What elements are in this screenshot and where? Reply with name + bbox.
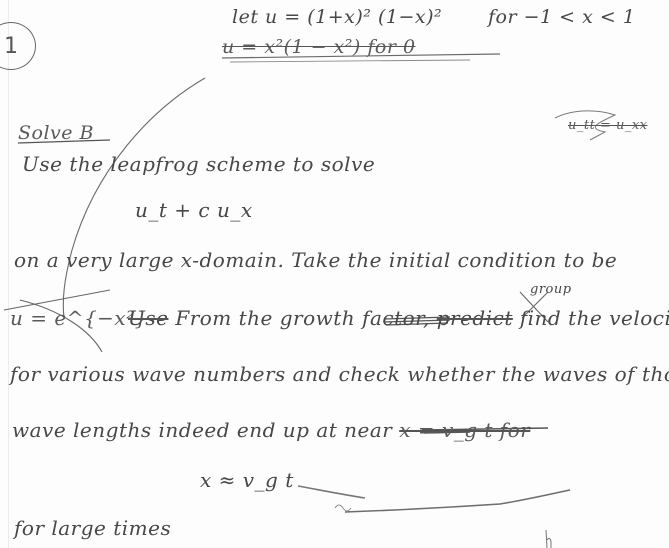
body-line-3: Use From the growth factor, predict find… [128,306,669,330]
body-equation: u_t + c u_x [135,198,253,222]
line5-text: wave lengths indeed end up at near [12,418,392,442]
header-equation: u = (1+x)² (1−x)² [265,6,442,28]
underline-stroke-1 [298,486,365,498]
heading-struck: Solve B [18,122,94,144]
line5-struck-text: x = v_g t for [399,418,530,442]
problem-number: 1 [4,34,18,59]
header-domain: for −1 < x < 1 [488,6,635,28]
underline-stroke-2 [345,490,570,512]
header-let: let [232,6,258,28]
body-line-4: for various wave numbers and check wheth… [10,362,669,386]
corner-mark [546,530,551,548]
page-margin-line [8,0,9,548]
find-the-text: find the [520,306,603,330]
scanned-page: 1 let u = (1+x)² (1−x)² for −1 < x < 1 u… [0,0,669,548]
margin-note-struck: u_tt = u_xx [568,118,648,133]
header-line-1: let u = (1+x)² (1−x)² [232,6,442,28]
problem-number-circle: 1 [0,22,36,70]
body-line-6: for large times [14,516,171,540]
growth-factor-text: From the growth factor, [175,306,430,330]
velocity-text: velocity [609,306,669,330]
inserted-word-group: group [530,282,572,297]
body-line-1: Use the leapfrog scheme to solve [22,152,375,176]
word-predict-struck: predict [437,306,513,330]
word-use-struck: Use [128,306,168,330]
header-line-2-struck: u = x²(1 − x²) for 0 [222,36,416,58]
pen-strokes [0,0,669,548]
body-line-2: on a very large x-domain. Take the initi… [14,248,617,272]
body-line-5: wave lengths indeed end up at near x = v… [12,418,530,442]
body-equation-2: x ≈ v_g t [200,468,294,492]
